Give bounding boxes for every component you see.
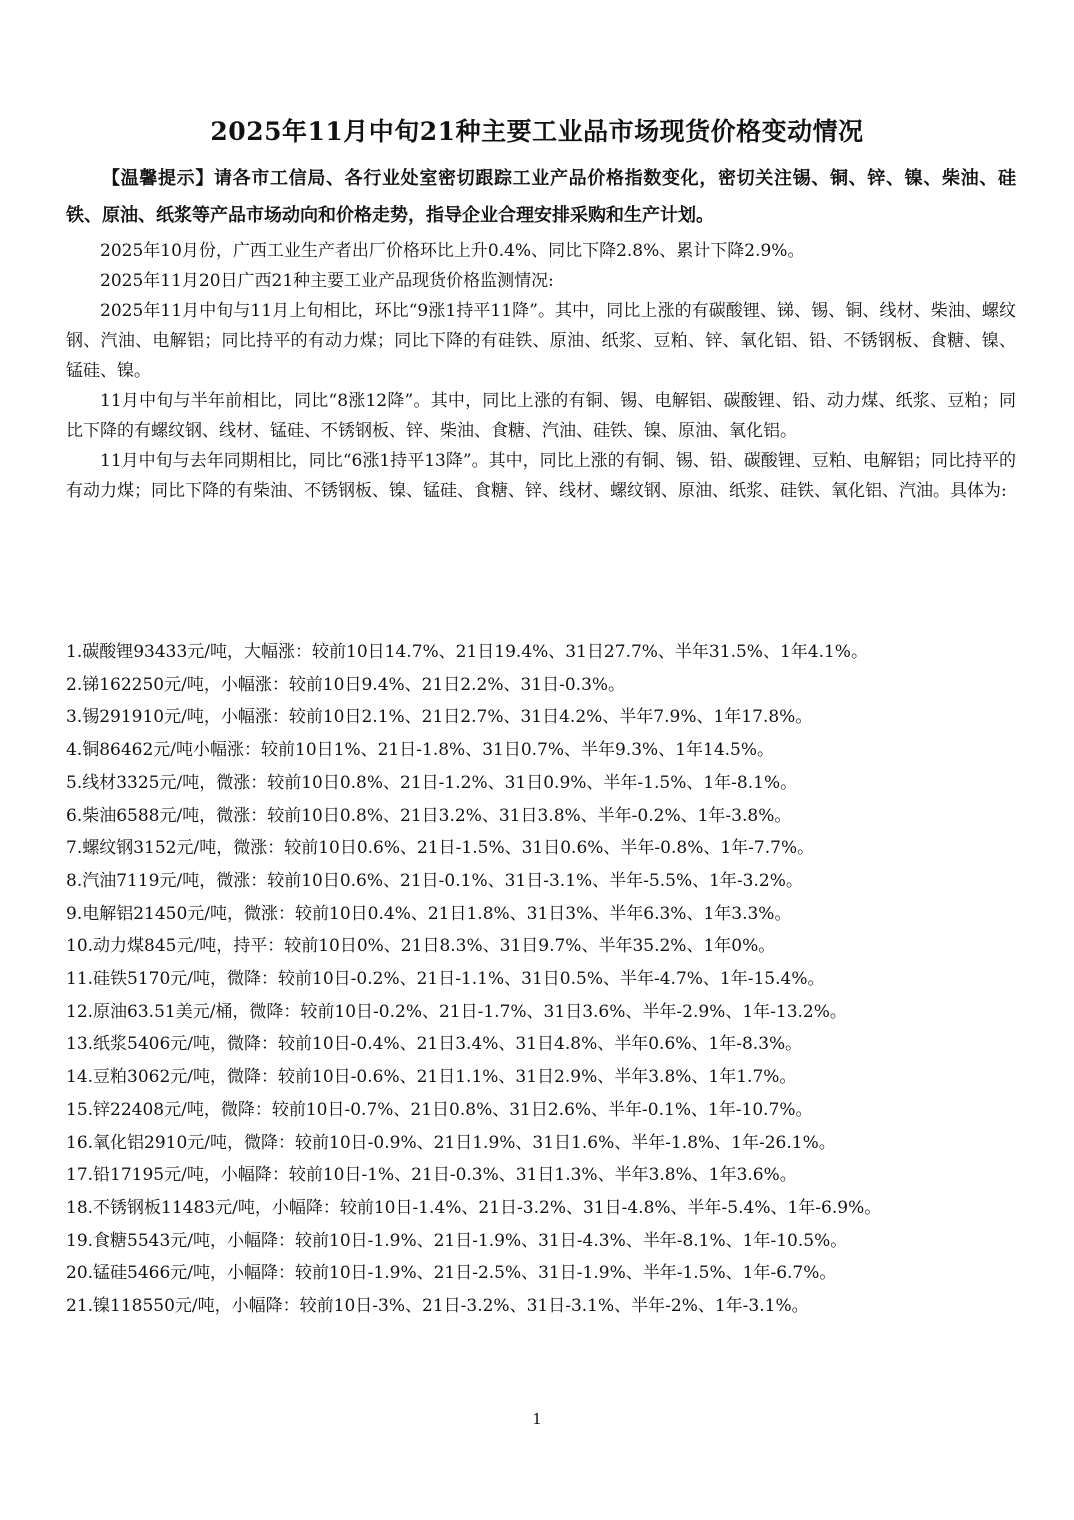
list-item: 7.螺纹钢3152元/吨，微涨：较前10日0.6%、21日-1.5%、31日0.… — [66, 832, 1026, 865]
list-item: 9.电解铝21450元/吨，微涨：较前10日0.4%、21日1.8%、31日3%… — [66, 898, 1026, 931]
summary-section: 2025年10月份，广西工业生产者出厂价格环比上升0.4%、同比下降2.8%、累… — [66, 236, 1016, 506]
page-number: 1 — [0, 1410, 1074, 1428]
list-item: 18.不锈钢板11483元/吨，小幅降：较前10日-1.4%、21日-3.2%、… — [66, 1192, 1026, 1225]
notice-paragraph: 【温馨提示】请各市工信局、各行业处室密切跟踪工业产品价格指数变化，密切关注锡、铜… — [66, 160, 1016, 234]
list-item: 2.锑162250元/吨，小幅涨：较前10日9.4%、21日2.2%、31日-0… — [66, 669, 1026, 702]
list-item: 16.氧化铝2910元/吨，微降：较前10日-0.9%、21日1.9%、31日1… — [66, 1127, 1026, 1160]
list-item: 14.豆粕3062元/吨，微降：较前10日-0.6%、21日1.1%、31日2.… — [66, 1061, 1026, 1094]
half-year-comparison-paragraph: 11月中旬与半年前相比，同比“8涨12降”。其中，同比上涨的有铜、锡、电解铝、碳… — [66, 386, 1016, 446]
monitoring-heading: 2025年11月20日广西21种主要工业产品现货价格监测情况: — [66, 266, 1016, 296]
yoy-comparison-paragraph: 11月中旬与去年同期相比，同比“6涨1持平13降”。其中，同比上涨的有铜、锡、铅… — [66, 446, 1016, 506]
list-item: 17.铅17195元/吨，小幅降：较前10日-1%、21日-0.3%、31日1.… — [66, 1159, 1026, 1192]
ppi-paragraph: 2025年10月份，广西工业生产者出厂价格环比上升0.4%、同比下降2.8%、累… — [66, 236, 1016, 266]
list-item: 19.食糖5543元/吨，小幅降：较前10日-1.9%、21日-1.9%、31日… — [66, 1225, 1026, 1258]
list-item: 20.锰硅5466元/吨，小幅降：较前10日-1.9%、21日-2.5%、31日… — [66, 1257, 1026, 1290]
list-item: 1.碳酸锂93433元/吨，大幅涨：较前10日14.7%、21日19.4%、31… — [66, 636, 1026, 669]
list-item: 13.纸浆5406元/吨，微降：较前10日-0.4%、21日3.4%、31日4.… — [66, 1028, 1026, 1061]
list-item: 6.柴油6588元/吨，微涨：较前10日0.8%、21日3.2%、31日3.8%… — [66, 800, 1026, 833]
list-item: 4.铜86462元/吨小幅涨：较前10日1%、21日-1.8%、31日0.7%、… — [66, 734, 1026, 767]
mom-comparison-paragraph: 2025年11月中旬与11月上旬相比，环比“9涨1持平11降”。其中，同比上涨的… — [66, 296, 1016, 386]
price-list: 1.碳酸锂93433元/吨，大幅涨：较前10日14.7%、21日19.4%、31… — [66, 636, 1026, 1323]
page-title: 2025年11月中旬21种主要工业品市场现货价格变动情况 — [0, 112, 1074, 148]
list-item: 15.锌22408元/吨，微降：较前10日-0.7%、21日0.8%、31日2.… — [66, 1094, 1026, 1127]
list-item: 12.原油63.51美元/桶，微降：较前10日-0.2%、21日-1.7%、31… — [66, 996, 1026, 1029]
list-item: 10.动力煤845元/吨，持平：较前10日0%、21日8.3%、31日9.7%、… — [66, 930, 1026, 963]
list-item: 11.硅铁5170元/吨，微降：较前10日-0.2%、21日-1.1%、31日0… — [66, 963, 1026, 996]
list-item: 8.汽油7119元/吨，微涨：较前10日0.6%、21日-0.1%、31日-3.… — [66, 865, 1026, 898]
list-item: 21.镍118550元/吨，小幅降：较前10日-3%、21日-3.2%、31日-… — [66, 1290, 1026, 1323]
list-item: 5.线材3325元/吨，微涨：较前10日0.8%、21日-1.2%、31日0.9… — [66, 767, 1026, 800]
list-item: 3.锡291910元/吨，小幅涨：较前10日2.1%、21日2.7%、31日4.… — [66, 701, 1026, 734]
